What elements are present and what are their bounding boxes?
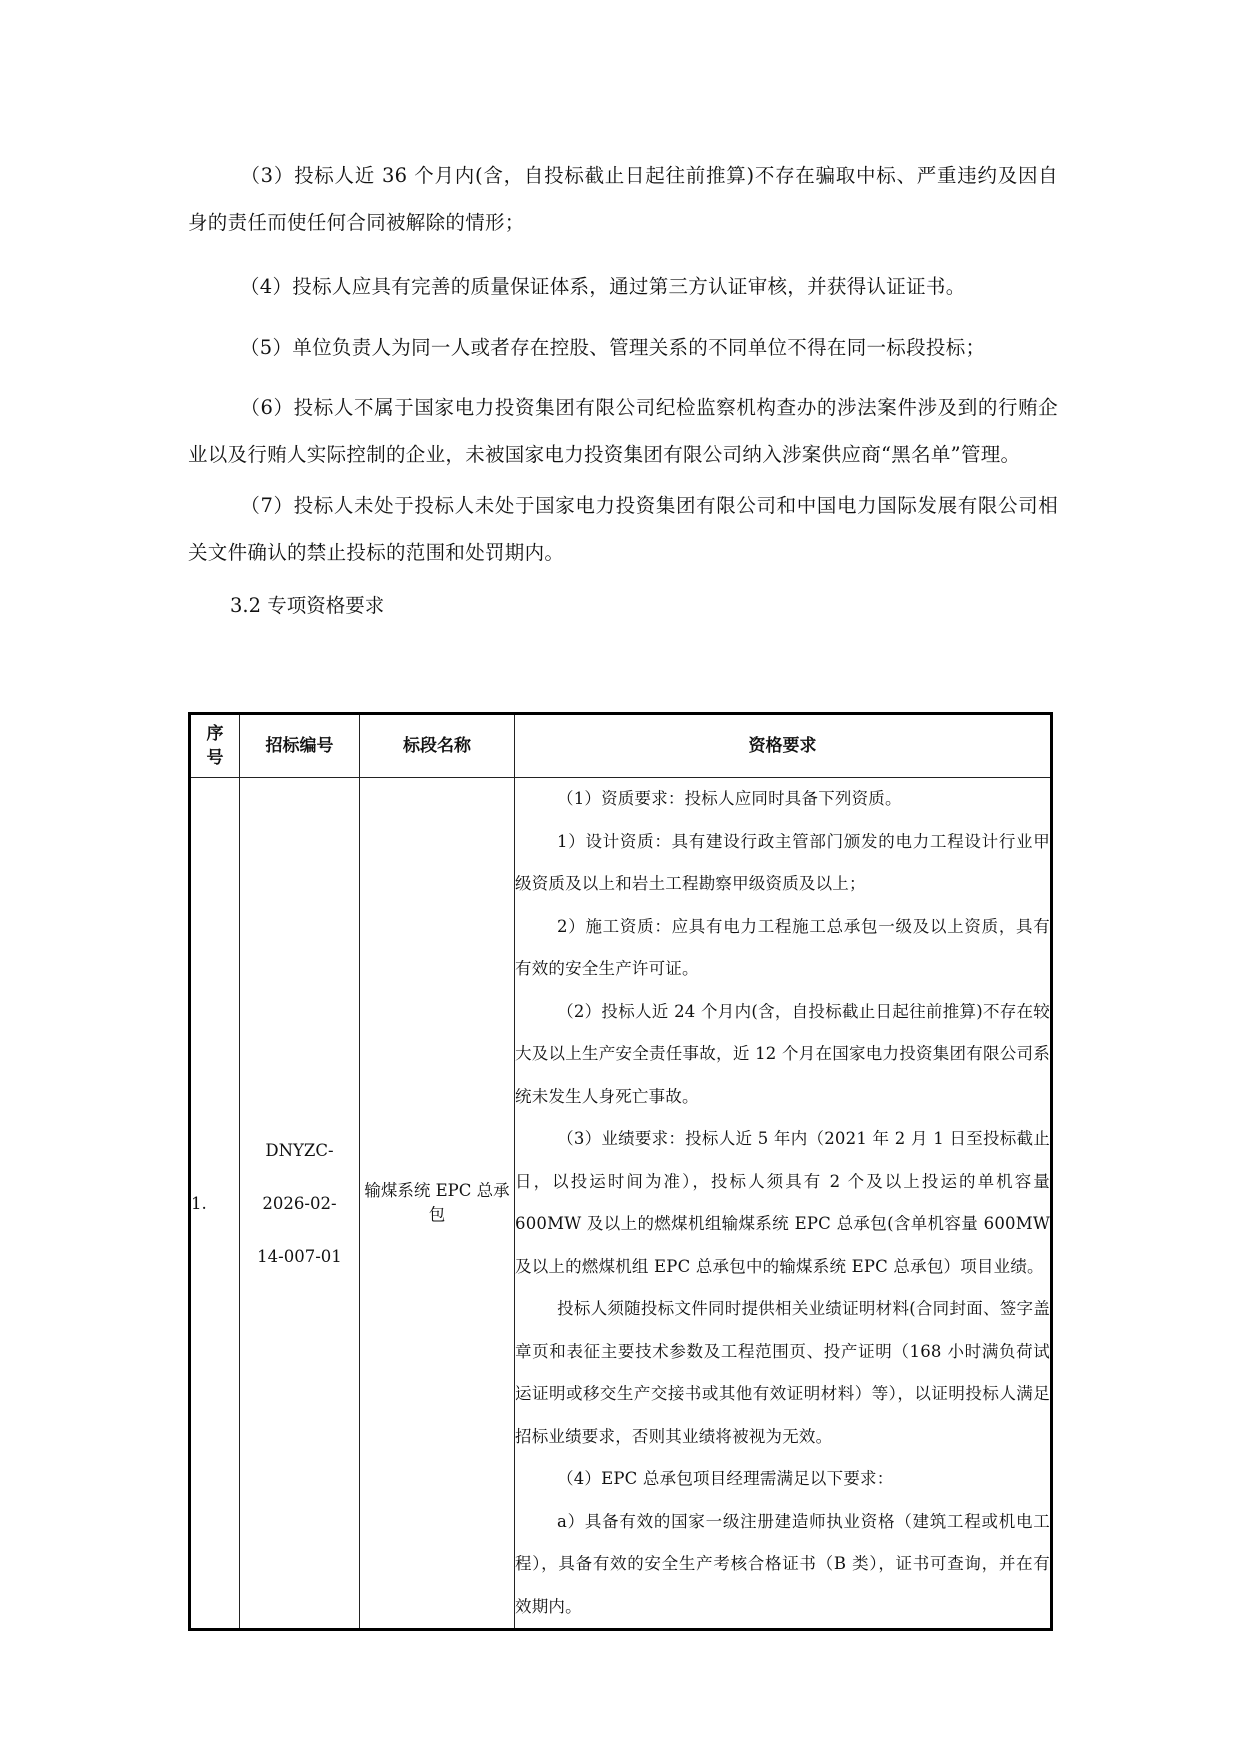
code-line-2: 2026-02- [240, 1177, 359, 1230]
paragraph-6: （6）投标人不属于国家电力投资集团有限公司纪检监察机构查办的涉法案件涉及到的行贿… [188, 384, 1058, 478]
paragraph-3: （3）投标人近 36 个月内(含，自投标截止日起往前推算)不存在骗取中标、严重违… [188, 152, 1058, 246]
requirement-item: （3）业绩要求：投标人近 5 年内（2021 年 2 月 1 日至投标截止日，以… [515, 1118, 1050, 1288]
section-heading: 3.2 专项资格要求 [230, 584, 384, 628]
paragraph-7: （7）投标人未处于投标人未处于国家电力投资集团有限公司和中国电力国际发展有限公司… [188, 482, 1058, 576]
header-code: 招标编号 [240, 714, 360, 778]
paragraph-5-text: （5）单位负责人为同一人或者存在控股、管理关系的不同单位不得在同一标段投标； [240, 336, 985, 359]
header-name: 标段名称 [360, 714, 515, 778]
requirement-item: 2）施工资质：应具有电力工程施工总承包一级及以上资质，具有有效的安全生产许可证。 [515, 906, 1050, 991]
requirement-item: 1）设计资质：具有建设行政主管部门颁发的电力工程设计行业甲级资质及以上和岩土工程… [515, 821, 1050, 906]
requirement-item: 投标人须随投标文件同时提供相关业绩证明材料(合同封面、签字盖章页和表征主要技术参… [515, 1288, 1050, 1458]
requirement-item: （2）投标人近 24 个月内(含，自投标截止日起往前推算)不存在较大及以上生产安… [515, 991, 1050, 1119]
requirement-item: a）具备有效的国家一级注册建造师执业资格（建筑工程或机电工程），具备有效的安全生… [515, 1501, 1050, 1629]
header-num: 序号 [190, 714, 240, 778]
table-row: 1. DNYZC- 2026-02- 14-007-01 输煤系统 EPC 总承… [190, 778, 1052, 1630]
row-code: DNYZC- 2026-02- 14-007-01 [240, 778, 360, 1630]
row-num: 1. [190, 778, 240, 1630]
requirement-item: （1）资质要求：投标人应同时具备下列资质。 [515, 778, 1050, 821]
paragraph-4-text: （4）投标人应具有完善的质量保证体系，通过第三方认证审核，并获得认证证书。 [240, 275, 966, 298]
row-requirements: （1）资质要求：投标人应同时具备下列资质。 1）设计资质：具有建设行政主管部门颁… [515, 778, 1052, 1630]
header-requirements: 资格要求 [515, 714, 1052, 778]
requirement-item: （4）EPC 总承包项目经理需满足以下要求： [515, 1458, 1050, 1501]
paragraph-7-text: （7）投标人未处于投标人未处于国家电力投资集团有限公司和中国电力国际发展有限公司… [188, 494, 1058, 564]
table-header-row: 序号 招标编号 标段名称 资格要求 [190, 714, 1052, 778]
qualification-table: 序号 招标编号 标段名称 资格要求 1. DNYZC- 2026-02- 14-… [188, 712, 1053, 1631]
paragraph-6-text: （6）投标人不属于国家电力投资集团有限公司纪检监察机构查办的涉法案件涉及到的行贿… [188, 396, 1058, 466]
code-line-1: DNYZC- [240, 1124, 359, 1177]
document-page: （3）投标人近 36 个月内(含，自投标截止日起往前推算)不存在骗取中标、严重违… [0, 0, 1240, 1753]
row-name: 输煤系统 EPC 总承包 [360, 778, 515, 1630]
paragraph-5: （5）单位负责人为同一人或者存在控股、管理关系的不同单位不得在同一标段投标； [188, 324, 1058, 371]
paragraph-3-text: （3）投标人近 36 个月内(含，自投标截止日起往前推算)不存在骗取中标、严重违… [188, 164, 1058, 234]
paragraph-4: （4）投标人应具有完善的质量保证体系，通过第三方认证审核，并获得认证证书。 [188, 263, 1058, 310]
code-line-3: 14-007-01 [240, 1230, 359, 1283]
